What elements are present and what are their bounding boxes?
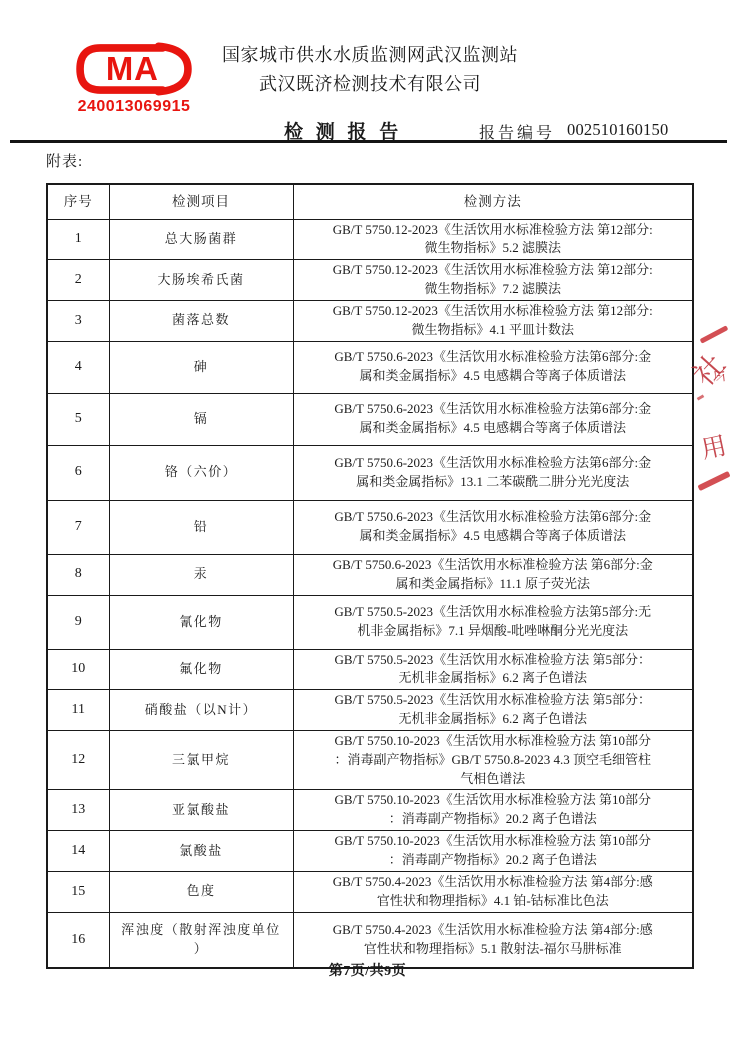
table-row: 2 大肠埃希氏菌 GB/T 5750.12-2023《生活饮用水标准检验方法 第…	[47, 260, 693, 301]
row-test-item: 色度	[109, 871, 293, 912]
row-number: 8	[47, 554, 109, 595]
row-test-method: GB/T 5750.6-2023《生活饮用水标准检验方法第6部分:金 属和类金属…	[293, 341, 693, 393]
table-row: 11 硝酸盐（以N计） GB/T 5750.5-2023《生活饮用水标准检验方法…	[47, 690, 693, 731]
row-test-item: 铬（六价）	[109, 445, 293, 500]
row-test-item: 硝酸盐（以N计）	[109, 690, 293, 731]
column-header-method: 检测方法	[293, 184, 693, 219]
table-row: 14 氯酸盐 GB/T 5750.10-2023《生活饮用水标准检验方法 第10…	[47, 831, 693, 872]
table-row: 12 三氯甲烷 GB/T 5750.10-2023《生活饮用水标准检验方法 第1…	[47, 730, 693, 790]
table-header-row: 序号 检测项目 检测方法	[47, 184, 693, 219]
table-row: 1 总大肠菌群 GB/T 5750.12-2023《生活饮用水标准检验方法 第1…	[47, 219, 693, 260]
stamp-stroke-fragment	[697, 394, 705, 400]
stamp-character-3: 用	[698, 426, 730, 466]
row-test-method: GB/T 5750.12-2023《生活饮用水标准检验方法 第12部分: 微生物…	[293, 260, 693, 301]
row-number: 6	[47, 445, 109, 500]
appendix-label: 附表:	[46, 150, 83, 171]
row-number: 1	[47, 219, 109, 260]
row-test-item: 镉	[109, 393, 293, 445]
row-number: 5	[47, 393, 109, 445]
row-number: 3	[47, 300, 109, 341]
row-test-item: 砷	[109, 341, 293, 393]
org-names: 国家城市供水水质监测网武汉监测站 武汉既济检测技术有限公司	[150, 46, 590, 93]
row-test-method: GB/T 5750.4-2023《生活饮用水标准检验方法 第4部分:感 官性状和…	[293, 871, 693, 912]
table-row: 9 氰化物 GB/T 5750.5-2023《生活饮用水标准检验方法第5部分:无…	[47, 595, 693, 649]
row-number: 10	[47, 649, 109, 690]
row-test-method: GB/T 5750.6-2023《生活饮用水标准检验方法第6部分:金 属和类金属…	[293, 445, 693, 500]
row-test-item: 总大肠菌群	[109, 219, 293, 260]
org-name-line2: 武汉既济检测技术有限公司	[150, 75, 590, 93]
table-row: 5 镉 GB/T 5750.6-2023《生活饮用水标准检验方法第6部分:金 属…	[47, 393, 693, 445]
row-test-method: GB/T 5750.6-2023《生活饮用水标准检验方法第6部分:金 属和类金属…	[293, 393, 693, 445]
row-number: 14	[47, 831, 109, 872]
row-test-method: GB/T 5750.10-2023《生活饮用水标准检验方法 第10部分 ：消毒副…	[293, 831, 693, 872]
row-number: 15	[47, 871, 109, 912]
row-test-item: 铅	[109, 500, 293, 554]
row-test-item: 大肠埃希氏菌	[109, 260, 293, 301]
column-header-no: 序号	[47, 184, 109, 219]
cma-certificate-number: 240013069915	[64, 98, 204, 116]
page-number: 第7页/共9页	[0, 960, 735, 980]
row-test-item: 氰化物	[109, 595, 293, 649]
row-test-item: 氯酸盐	[109, 831, 293, 872]
row-number: 9	[47, 595, 109, 649]
table-row: 4 砷 GB/T 5750.6-2023《生活饮用水标准检验方法第6部分:金 属…	[47, 341, 693, 393]
table-row: 8 汞 GB/T 5750.6-2023《生活饮用水标准检验方法 第6部分:金 …	[47, 554, 693, 595]
row-test-method: GB/T 5750.12-2023《生活饮用水标准检验方法 第12部分: 微生物…	[293, 300, 693, 341]
header-divider-line	[10, 140, 727, 143]
table-row: 6 铬（六价） GB/T 5750.6-2023《生活饮用水标准检验方法第6部分…	[47, 445, 693, 500]
report-number-value: 002510160150	[567, 120, 668, 140]
row-number: 11	[47, 690, 109, 731]
table-row: 7 铅 GB/T 5750.6-2023《生活饮用水标准检验方法第6部分:金 属…	[47, 500, 693, 554]
table-row: 13 亚氯酸盐 GB/T 5750.10-2023《生活饮用水标准检验方法 第1…	[47, 790, 693, 831]
table-row: 10 氟化物 GB/T 5750.5-2023《生活饮用水标准检验方法 第5部分…	[47, 649, 693, 690]
row-number: 7	[47, 500, 109, 554]
row-test-item: 菌落总数	[109, 300, 293, 341]
stamp-border-fragment-top	[700, 325, 729, 343]
row-number: 13	[47, 790, 109, 831]
table-row: 3 菌落总数 GB/T 5750.12-2023《生活饮用水标准检验方法 第12…	[47, 300, 693, 341]
row-test-item: 氟化物	[109, 649, 293, 690]
row-test-item: 亚氯酸盐	[109, 790, 293, 831]
column-header-item: 检测项目	[109, 184, 293, 219]
row-test-method: GB/T 5750.12-2023《生活饮用水标准检验方法 第12部分: 微生物…	[293, 219, 693, 260]
row-test-method: GB/T 5750.10-2023《生活饮用水标准检验方法 第10部分 ：消毒副…	[293, 790, 693, 831]
report-page: MA 240013069915 国家城市供水水质监测网武汉监测站 武汉既济检测技…	[0, 0, 735, 1044]
row-test-method: GB/T 5750.6-2023《生活饮用水标准检验方法 第6部分:金 属和类金…	[293, 554, 693, 595]
row-test-method: GB/T 5750.6-2023《生活饮用水标准检验方法第6部分:金 属和类金属…	[293, 500, 693, 554]
table-row: 15 色度 GB/T 5750.4-2023《生活饮用水标准检验方法 第4部分:…	[47, 871, 693, 912]
row-test-method: GB/T 5750.5-2023《生活饮用水标准检验方法第5部分:无 机非金属指…	[293, 595, 693, 649]
row-number: 12	[47, 730, 109, 790]
stamp-border-fragment-bottom	[697, 471, 730, 491]
row-number: 2	[47, 260, 109, 301]
org-name-line1: 国家城市供水水质监测网武汉监测站	[150, 46, 590, 64]
row-test-method: GB/T 5750.5-2023《生活饮用水标准检验方法 第5部分： 无机非金属…	[293, 690, 693, 731]
row-test-method: GB/T 5750.10-2023《生活饮用水标准检验方法 第10部分 ：消毒副…	[293, 730, 693, 790]
row-test-item: 汞	[109, 554, 293, 595]
test-method-table: 序号 检测项目 检测方法 1 总大肠菌群 GB/T 5750.12-2023《生…	[46, 183, 694, 969]
row-number: 4	[47, 341, 109, 393]
row-test-method: GB/T 5750.5-2023《生活饮用水标准检验方法 第5部分： 无机非金属…	[293, 649, 693, 690]
row-test-item: 三氯甲烷	[109, 730, 293, 790]
